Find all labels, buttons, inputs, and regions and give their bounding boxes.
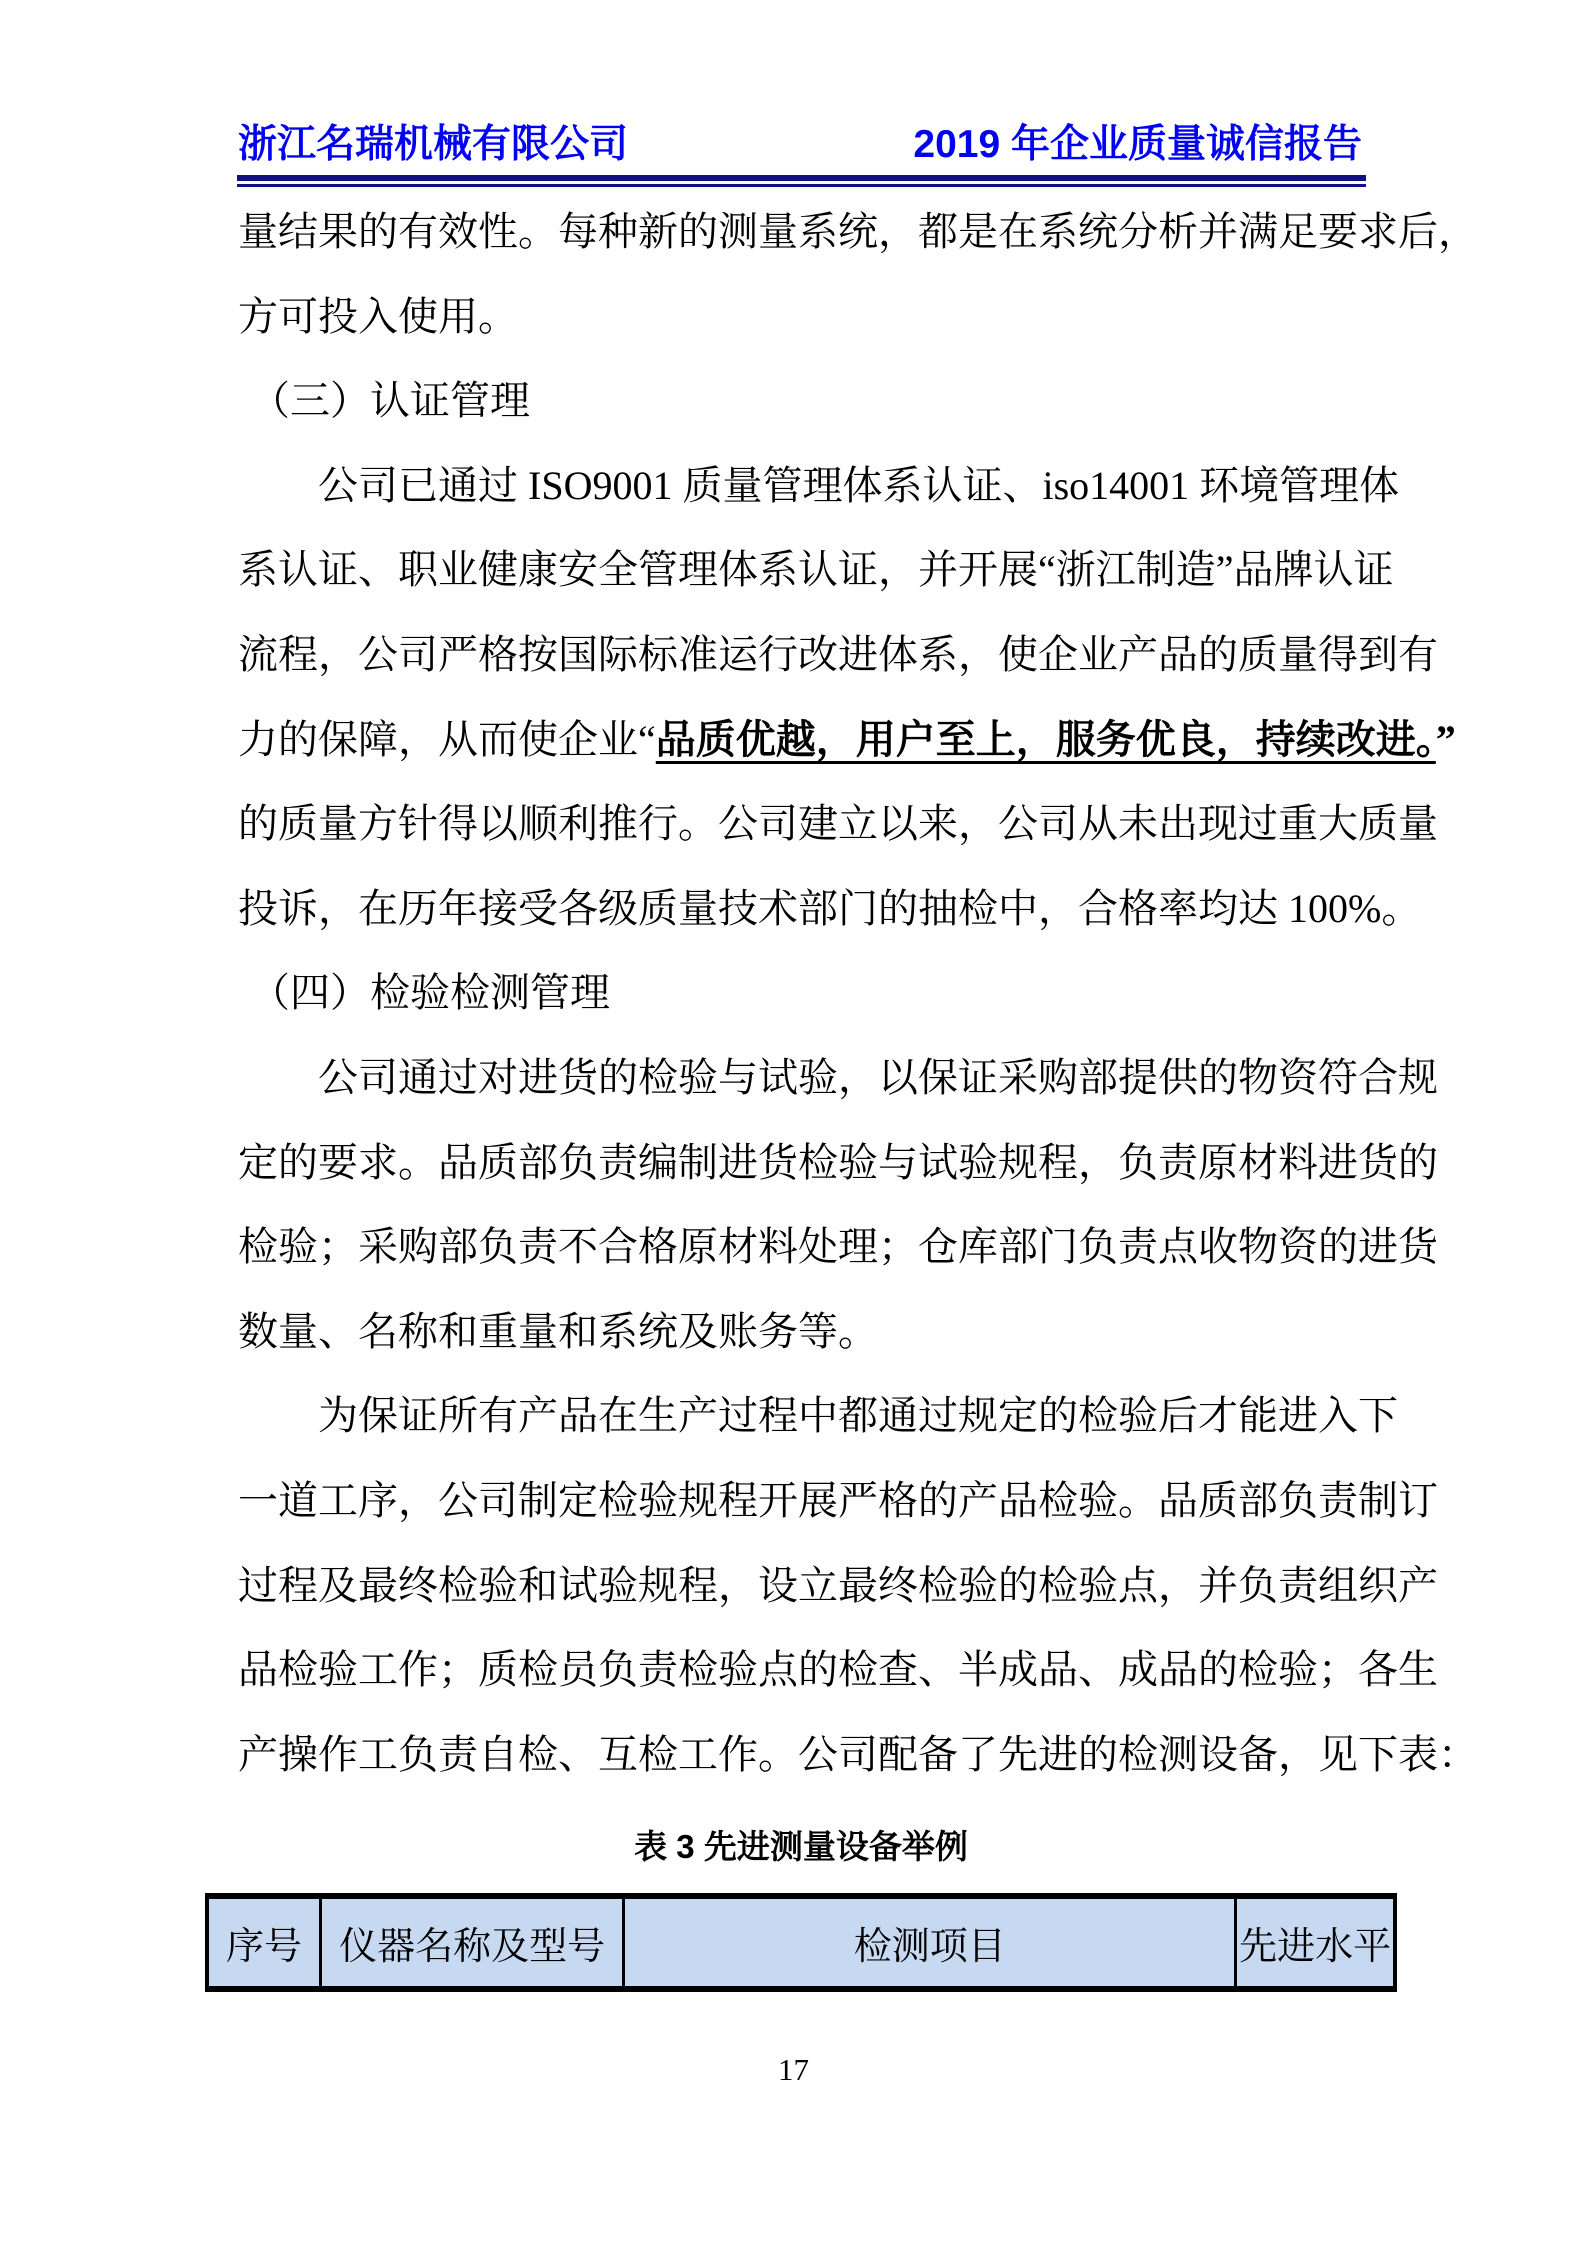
quality-policy-emphasis: 品质优越，用户至上，服务优良，持续改进。 (656, 717, 1436, 762)
text-line: 系认证、职业健康安全管理体系认证，并开展“浙江制造”品牌认证 (238, 528, 1373, 613)
text-line: 流程，公司严格按国际标准运行改进体系，使企业产品的质量得到有 (238, 613, 1373, 698)
table-header-cell: 仪器名称及型号 (319, 1899, 622, 1986)
text-segment: 力的保障，从而使企业“ (238, 717, 656, 762)
equipment-table: 序号仪器名称及型号检测项目先进水平 (205, 1893, 1397, 1992)
text-line: 为保证所有产品在生产过程中都通过规定的检验后才能进入下 (238, 1374, 1373, 1459)
text-line: 量结果的有效性。每种新的测量系统，都是在系统分析并满足要求后， (238, 190, 1373, 275)
text-line: 品检验工作；质检员负责检验点的检查、半成品、成品的检验；各生 (238, 1628, 1373, 1713)
text-line: 力的保障，从而使企业“品质优越，用户至上，服务优良，持续改进。” (238, 698, 1373, 783)
table-header-cell: 序号 (209, 1899, 319, 1986)
header-double-rule (237, 175, 1366, 187)
table-caption: 表 3 先进测量设备举例 (205, 1827, 1397, 1867)
section-heading: （三）认证管理 (238, 359, 1373, 444)
table-header-cell: 检测项目 (622, 1899, 1234, 1986)
header-company-name: 浙江名瑞机械有限公司 (238, 122, 628, 168)
table-header-cell: 先进水平 (1234, 1899, 1393, 1986)
text-line: 定的要求。品质部负责编制进货检验与试验规程，负责原材料进货的 (238, 1121, 1373, 1206)
text-line: 公司已通过 ISO9001 质量管理体系认证、iso14001 环境管理体 (238, 444, 1373, 529)
page-header: 浙江名瑞机械有限公司 2019 年企业质量诚信报告 (238, 122, 1362, 168)
text-line: 数量、名称和重量和系统及账务等。 (238, 1290, 1373, 1375)
text-segment: ” (1436, 717, 1456, 762)
text-line: 一道工序，公司制定检验规程开展严格的产品检验。品质部负责制订 (238, 1459, 1373, 1544)
text-line: 的质量方针得以顺利推行。公司建立以来，公司从未出现过重大质量 (238, 782, 1373, 867)
text-line: 产操作工负责自检、互检工作。公司配备了先进的检测设备，见下表： (238, 1713, 1373, 1798)
table-header-row: 序号仪器名称及型号检测项目先进水平 (209, 1899, 1393, 1986)
section-heading: （四）检验检测管理 (238, 951, 1373, 1036)
document-page: 浙江名瑞机械有限公司 2019 年企业质量诚信报告 量结果的有效性。每种新的测量… (0, 0, 1587, 2245)
text-line: 方可投入使用。 (238, 275, 1373, 360)
text-line: 过程及最终检验和试验规程，设立最终检验的检验点，并负责组织产 (238, 1544, 1373, 1629)
page-number: 17 (0, 2050, 1587, 2090)
text-line: 投诉，在历年接受各级质量技术部门的抽检中，合格率均达 100%。 (238, 867, 1373, 952)
text-line: 检验；采购部负责不合格原材料处理；仓库部门负责点收物资的进货 (238, 1205, 1373, 1290)
text-line: 公司通过对进货的检验与试验，以保证采购部提供的物资符合规 (238, 1036, 1373, 1121)
body-text: 量结果的有效性。每种新的测量系统，都是在系统分析并满足要求后，方可投入使用。（三… (238, 190, 1373, 1797)
header-report-title: 2019 年企业质量诚信报告 (913, 122, 1362, 168)
